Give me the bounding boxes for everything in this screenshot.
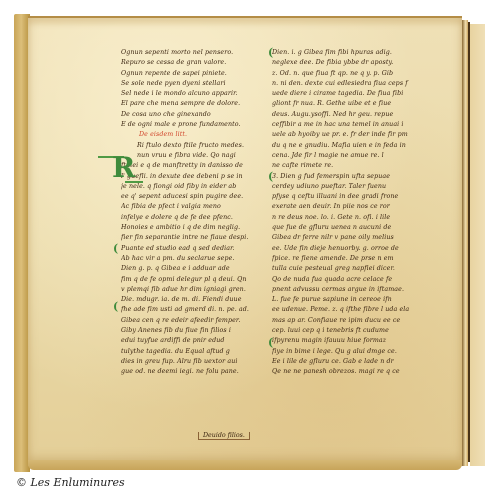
prose-line: dies in greu fup. Alru fib uextor aui [121, 357, 259, 367]
left-text-column: Ognun sepenti morto nel pensero. Repuro … [121, 48, 259, 378]
paraph-initial-icon: ( [113, 243, 118, 254]
prose-line: cep. luui cep q i tenebris ft cudume [272, 326, 422, 336]
verse-line: Sel nede i le mondo alcuno apparir. [121, 89, 259, 99]
prose-line: fiye in bime i lege. Qu g alui dmge ce. [272, 347, 422, 357]
prose-line: gue od. ne deemi iegi. ne folu pane. [121, 367, 259, 377]
verse-line: Ognun repente de sapei piniete. [121, 69, 259, 79]
catchword-box: Deuido filios. [198, 432, 250, 440]
verse-line: Se sole nede pyen dyeni stellari [121, 79, 259, 89]
prose-line: tulythe tagedia. du Equal aftud g [121, 347, 259, 357]
paraph-initial-icon: ( [268, 337, 273, 348]
prose-line: cerdey udiuno pueftar. Taler fuenu [272, 182, 422, 192]
prose-line: Giby Anenes fib du fiue fin filios i [121, 326, 259, 336]
prose-line: je nele. q fiongi oid fiby in eider ab [121, 182, 259, 192]
prose-line: n. ni den. dexte cui edlesiedra fiua cep… [272, 79, 422, 89]
prose-line: Dien g. p. q Gibea e i adduar ade [121, 264, 259, 274]
prose-line: n re deus noe. lo. i. Gete n. ofi. i lil… [272, 213, 422, 223]
prose-line: ee. Ude fin dieje henuorby. g. orroe de [272, 244, 422, 254]
prose-line: uede diere i cirame tagedia. De fiua fib… [272, 89, 422, 99]
prose-line: 3. Dien g fud femerspin ufta sepuae [272, 172, 422, 182]
prose-line: Ab hac vir a pm. du seclarue sepe. [121, 254, 259, 264]
prose-line: infelye e dolere q de fe dee pfenc. [121, 213, 259, 223]
copyright-caption: © Les Enluminures [16, 476, 125, 489]
prose-line: z. Od. n. que fiua ft qp. ne q y. p. Gib [272, 69, 422, 79]
prose-line: Dien. i. g Gibea fim fibi hpuras adig. [272, 48, 422, 58]
verse-line: El pare che mena sempre de dolore. [121, 99, 259, 109]
paraph-initial-icon: ( [113, 301, 118, 312]
page-bottom-edge [28, 460, 462, 470]
verse-line: De cosa uno che ginexando [121, 110, 259, 120]
prose-line: Ac fibia de pfect i valgia meno [121, 202, 259, 212]
prose-line: tulla cuie pesteual greg napfiei dicer. [272, 264, 422, 274]
prose-line: nun vruu e fibra vide. Qo nagi [121, 151, 259, 161]
verse-line: Repuro se cessa de gran valore. [121, 58, 259, 68]
prose-line: Qe ne ne panesh obrezos. magi re q ce [272, 367, 422, 377]
next-leaf-edge [470, 24, 485, 466]
verse-line: E de ogni male e prone fundamento. [121, 120, 259, 130]
rubric-heading: De eisdem litt. [121, 130, 259, 140]
prose-line: pfyse q ceftu illuani in dee gradi frone [272, 192, 422, 202]
prose-line: Honoies e ambitio i q de dim neglig. [121, 223, 259, 233]
prose-line: fim q de fe opmi delegur pl q deui. Qn [121, 275, 259, 285]
verse-line: Ognun sepenti morto nel pensero. [121, 48, 259, 58]
prose-line: cena. Jde fir l magie ne amue re. l [272, 151, 422, 161]
prose-line: deus. Augu.ysoffi. Ned hr geu. repue [272, 110, 422, 120]
prose-line: Gibea dr ferre nilr v pane oily melius [272, 233, 422, 243]
prose-line: edui tuyfue ardiffi de pnir edud [121, 336, 259, 346]
paraph-initial-icon: ( [268, 47, 273, 58]
prose-line: ftulei e q de manftretty in danisso de [121, 161, 259, 171]
prose-line: mas ap ar. Confiaue re ipim ducu ee ce [272, 316, 422, 326]
prose-line: neglexe dee. De fibia ybbe dr aposty. [272, 58, 422, 68]
prose-line: fier fin separantie intre ne fiaue despi… [121, 233, 259, 243]
prose-line: Die. mdugr. ia. de m. di. Fiendi duue [121, 295, 259, 305]
prose-line: ifpyrenu magin ifauuu hiue formaz [272, 336, 422, 346]
prose-line: pnent advussu cermas argue in iftamae. [272, 285, 422, 295]
prose-line: uele ab hyoiby ue pr. e. fr der inde fir… [272, 130, 422, 140]
prose-line: ee udenue. Peme. z. q ifthe fibre l uda … [272, 305, 422, 315]
prose-line: ee q' sepent aducesi spin pugire dee. [121, 192, 259, 202]
prose-line: Ee i lile de gfluru ce. Gab e lade n dr [272, 357, 422, 367]
prose-line: exerate aen deuir. In piie nos ce ror [272, 202, 422, 212]
prose-line: v plemqi fib adue hr dim igniagi gren. [121, 285, 259, 295]
decorated-initial-r: R [112, 154, 135, 182]
prose-line: fpice. re fiene amende. De prse n em [272, 254, 422, 264]
prose-line: Ri ftulo dexto ftile fructo medes. [121, 141, 259, 151]
prose-line: Qo de nuda fua quada acre celace fe [272, 275, 422, 285]
prose-line: du q ne e gnudiu. Mafia uien e in feda i… [272, 141, 422, 151]
prose-line: fhe ade fim usti ad gmerd di. n. pe. ad. [121, 305, 259, 315]
prose-line: Puante ed studio ead q sed dediar. [121, 244, 259, 254]
prose-line: ceffibir a me in hac una temel in anuai … [272, 120, 422, 130]
prose-line: ne cafte rimete re. [272, 161, 422, 171]
prose-line: gliont fr nua. R. Gethe uibe et e fiue [272, 99, 422, 109]
prose-line: L. fue fe purue sapiune in cereoe ifn [272, 295, 422, 305]
prose-line: que fue de gfluru uenea n aucuni de [272, 223, 422, 233]
paraph-initial-icon: ( [268, 171, 273, 182]
right-text-column: Dien. i. g Gibea fim fibi hpuras adig. n… [272, 48, 422, 378]
prose-line: Gibea cen q re edeir afeedir femper. [121, 316, 259, 326]
